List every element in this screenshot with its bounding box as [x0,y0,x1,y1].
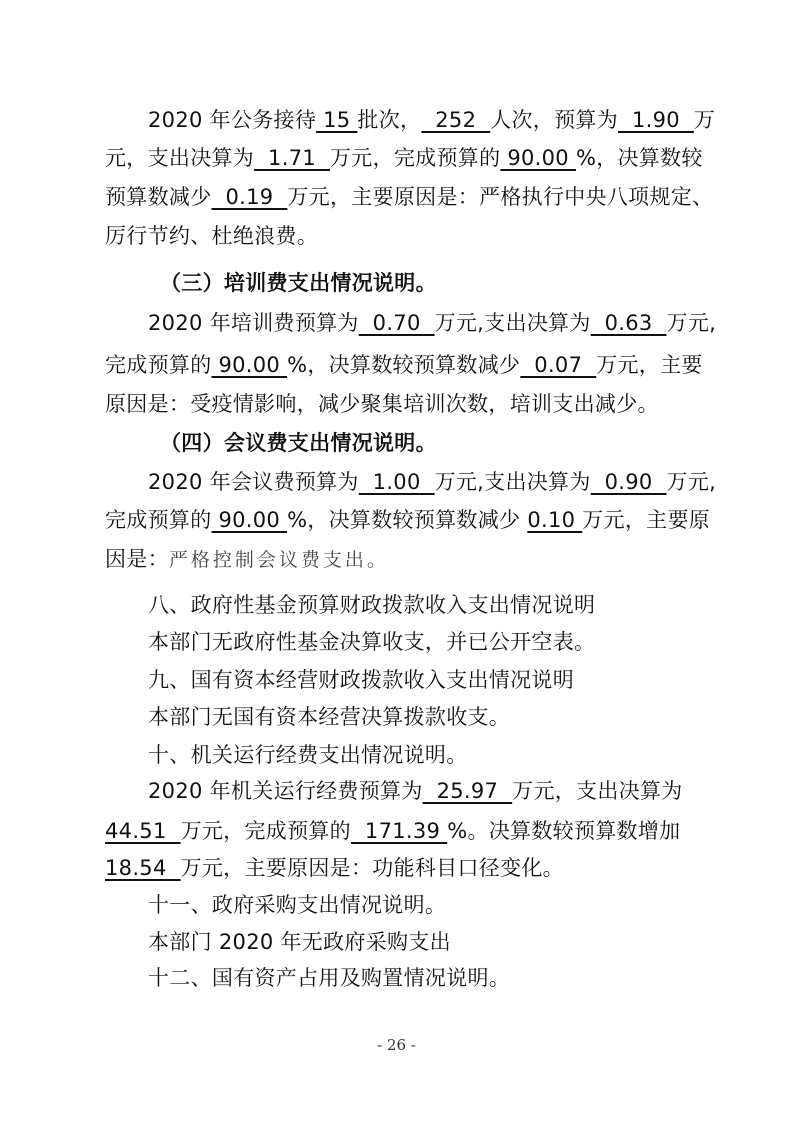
meeting-reason: 严格控制会议费支出。 [169,549,389,571]
training-actual: 0.63 [591,311,667,335]
meeting-decrease: 0.10 [527,508,582,532]
meeting-actual: 0.90 [591,470,667,494]
admin-budget: 25.97 [423,779,513,803]
meeting-heading: （四）会议费支出情况说明。 [160,430,437,456]
reception-line-3: 预算数减少 0.19 万元，主要原因是：严格执行中央八项规定、 [105,184,713,210]
section-11-title: 十一、政府采购支出情况说明。 [148,892,446,918]
meeting-rate: 90.00 [212,508,288,532]
reception-persons: 252 [421,108,490,132]
meeting-line-3: 因是：严格控制会议费支出。 [105,546,389,573]
training-heading: （三）培训费支出情况说明。 [160,270,437,296]
training-decrease: 0.07 [520,353,596,377]
reception-line-1: 2020 年公务接待 15 批次， 252 人次，预算为 1.90 万 [148,107,715,133]
section-9-body: 本部门无国有资本经营决算拨款收支。 [148,704,510,730]
section-8-title: 八、政府性基金预算财政拨款收入支出情况说明 [148,592,595,618]
admin-rate: 171.39 [351,819,447,843]
admin-actual: 44.51 [105,819,181,843]
section-10-line-3: 18.54 万元，主要原因是：功能科目口径变化。 [105,855,564,881]
training-rate: 90.00 [212,353,288,377]
section-8-body: 本部门无政府性基金决算收支，并已公开空表。 [148,629,595,655]
reception-batches: 15 [316,108,357,132]
reception-line-2: 元，支出决算为 1.71 万元，完成预算的 90.00 %，决算数较 [105,145,703,171]
reception-decrease: 0.19 [212,185,288,209]
meeting-line-2: 完成预算的 90.00 %，决算数较预算数减少 0.10 万元，主要原 [105,507,710,533]
reception-line-4: 厉行节约、杜绝浪费。 [105,223,318,249]
training-line-1: 2020 年培训费预算为 0.70 万元,支出决算为 0.63 万元, [148,310,716,336]
reception-budget: 1.90 [618,108,694,132]
meeting-budget: 1.00 [359,470,435,494]
section-10-line-1: 2020 年机关运行经费预算为 25.97 万元，支出决算为 [148,778,683,804]
section-10-line-2: 44.51 万元，完成预算的 171.39 %。决算数较预算数增加 [105,818,680,844]
training-budget: 0.70 [359,311,435,335]
section-12-title: 十二、国有资产占用及购置情况说明。 [148,965,510,991]
section-11-body: 本部门 2020 年无政府采购支出 [148,929,451,955]
training-line-2: 完成预算的 90.00 %，决算数较预算数减少 0.07 万元，主要 [105,352,703,378]
reception-rate: 90.00 [500,146,576,170]
page-number: - 26 - [0,1036,793,1054]
training-line-3: 原因是：受疫情影响，减少聚集培训次数，培训支出减少。 [105,391,659,417]
meeting-line-1: 2020 年会议费预算为 1.00 万元,支出决算为 0.90 万元, [148,469,716,495]
reception-actual: 1.71 [254,146,330,170]
section-9-title: 九、国有资本经营财政拨款收入支出情况说明 [148,667,574,693]
section-10-title: 十、机关运行经费支出情况说明。 [148,742,468,768]
admin-increase: 18.54 [105,856,181,880]
